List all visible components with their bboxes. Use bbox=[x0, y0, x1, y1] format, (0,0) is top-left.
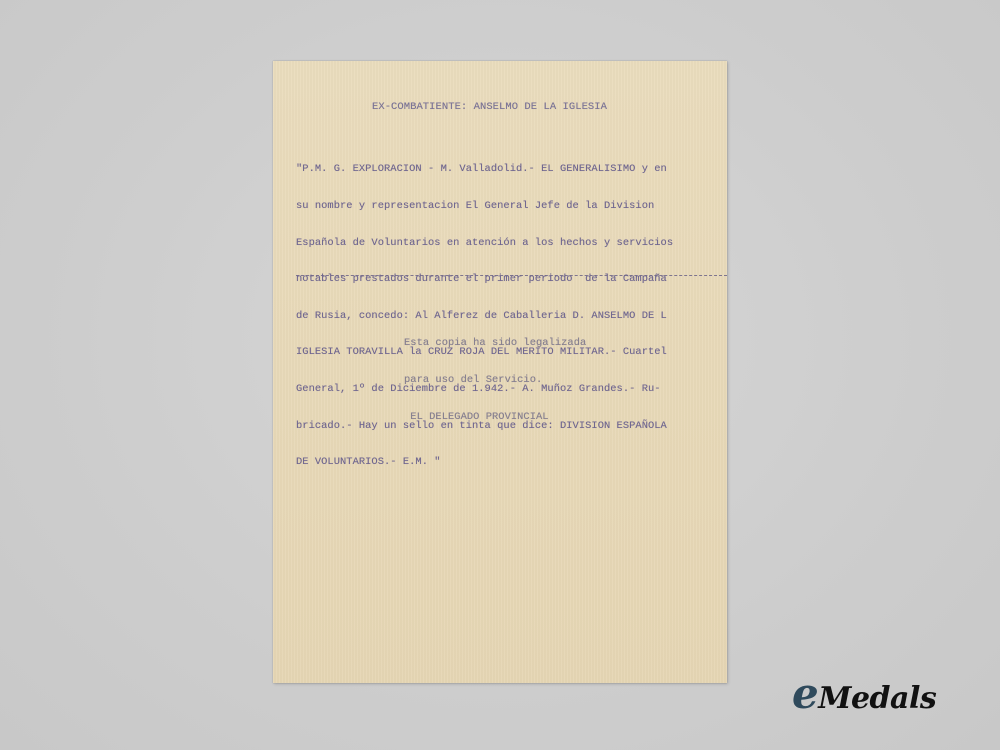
certification-line: para uso del Servicio. bbox=[404, 374, 586, 386]
watermark-prefix: e bbox=[792, 673, 818, 715]
body-line: "P.M. G. EXPLORACION - M. Valladolid.- E… bbox=[296, 163, 726, 175]
body-line: su nombre y representacion El General Je… bbox=[296, 200, 726, 212]
body-line: Española de Voluntarios en atención a lo… bbox=[296, 237, 726, 249]
emedals-watermark-logo: e Medals bbox=[792, 673, 936, 720]
dashed-divider bbox=[296, 275, 727, 276]
watermark-name: Medals bbox=[818, 678, 936, 720]
document-heading: EX-COMBATIENTE: ANSELMO DE LA IGLESIA bbox=[372, 101, 607, 113]
certification-note: Esta copia ha sido legalizada para uso d… bbox=[404, 313, 586, 436]
certification-line: EL DELEGADO PROVINCIAL bbox=[404, 411, 586, 423]
body-line: DE VOLUNTARIOS.- E.M. " bbox=[296, 456, 726, 468]
certification-line: Esta copia ha sido legalizada bbox=[404, 337, 586, 349]
